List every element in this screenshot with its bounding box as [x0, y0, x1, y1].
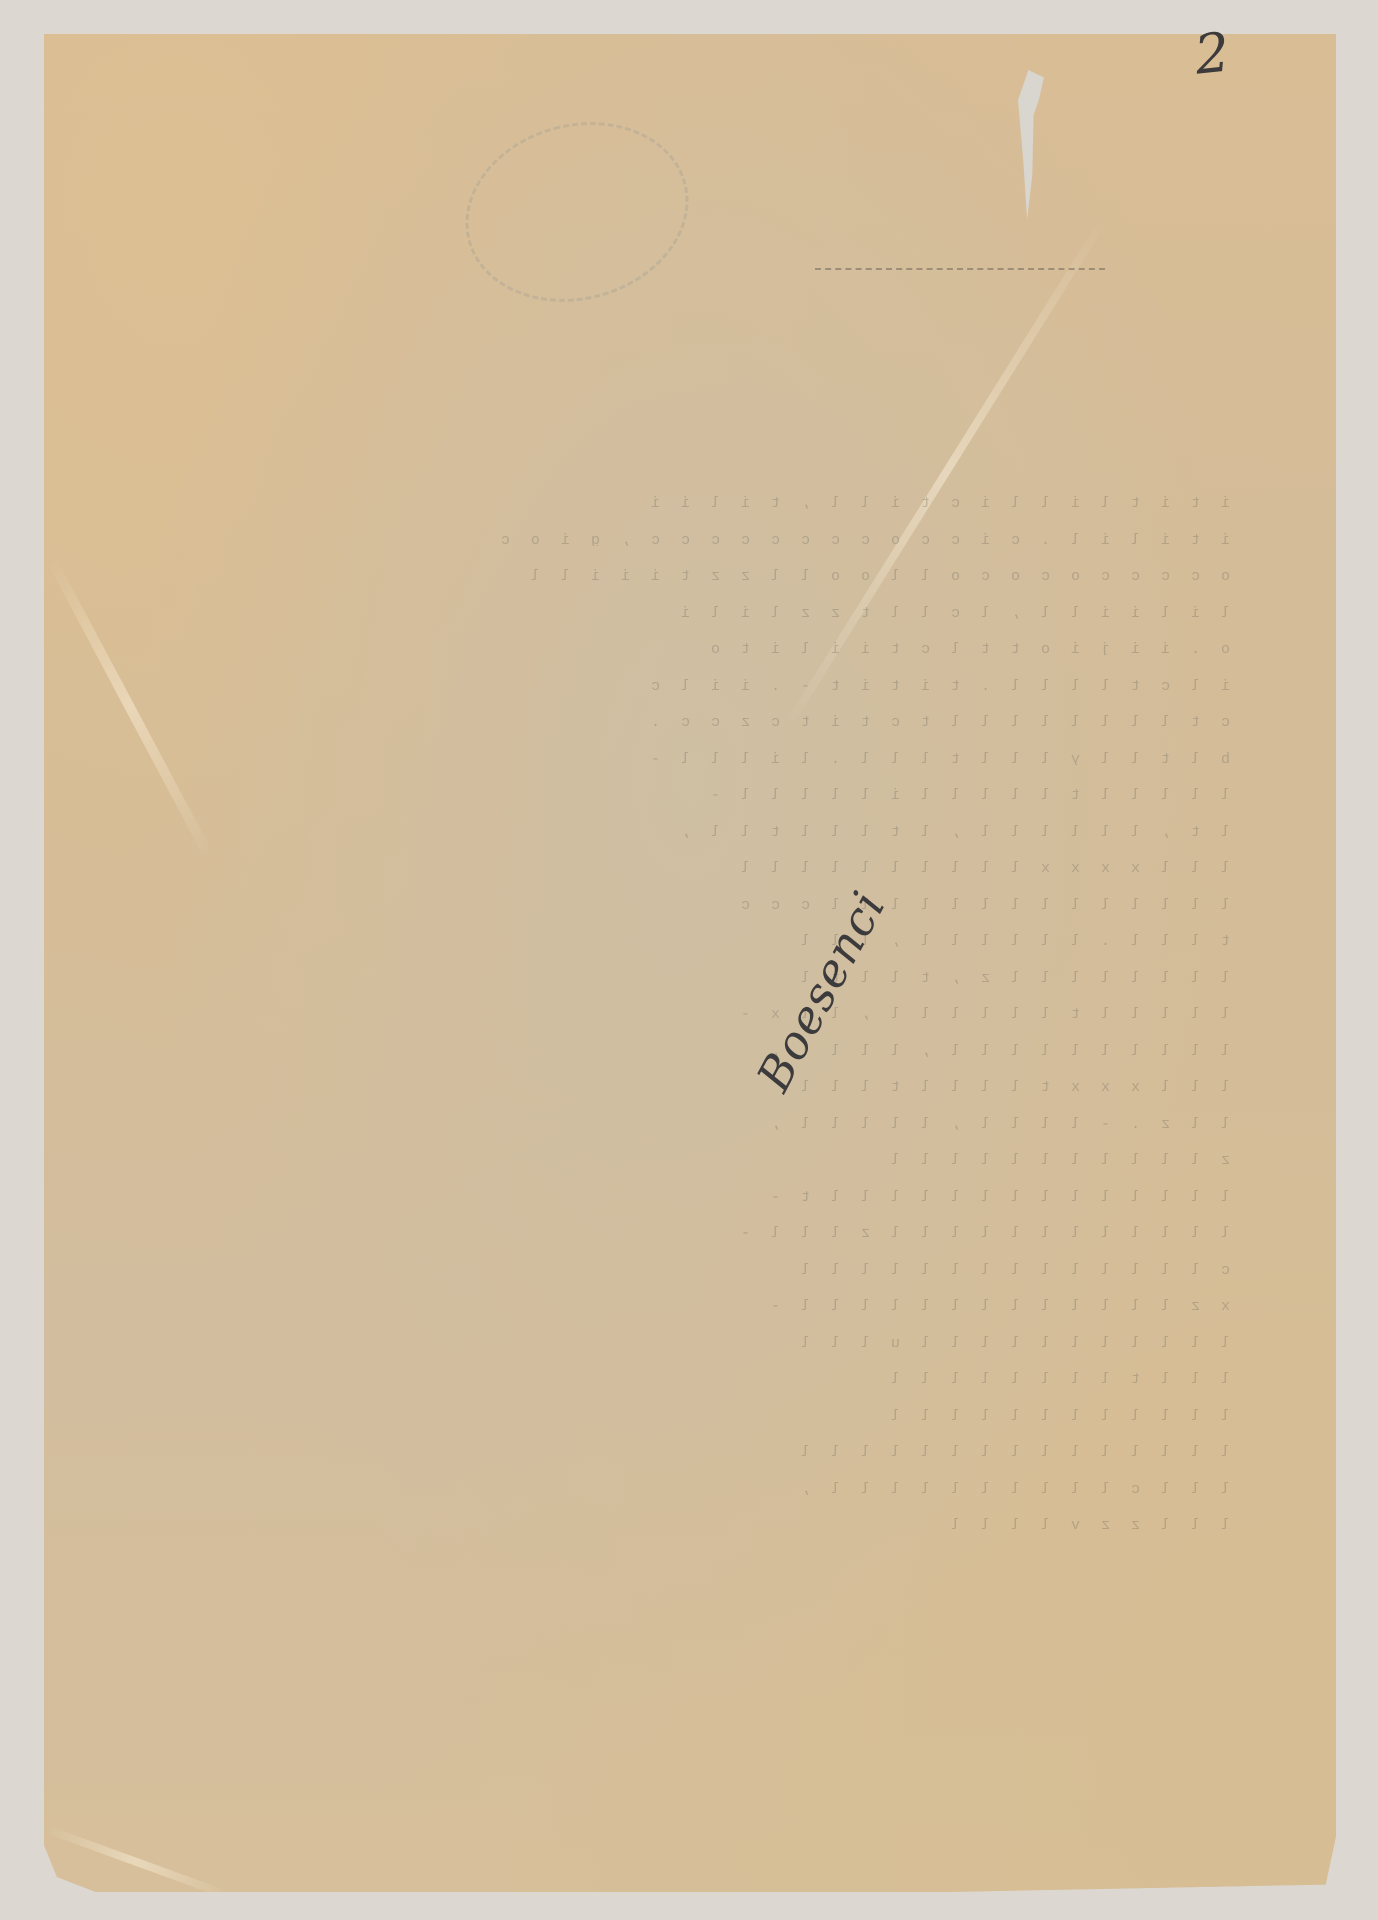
bleed-through-line: l l l l l t l l l l l i l l l l l - — [80, 787, 1230, 801]
bleed-through-line: b l t l l y l l l t l l l . l i l l l - — [80, 751, 1230, 765]
bleed-through-line: l i l i i l l , l c l l t z z l i l i — [80, 605, 1230, 619]
bleed-through-line: l l l c l l l l l l l l l l , — [80, 1481, 1230, 1495]
bleed-through-line: i l c t l l l l . t i t i t - . i i l c — [80, 678, 1230, 692]
bleed-through-line: c l l l l l l l l l l l l l l — [80, 1262, 1230, 1276]
bleed-through-line: o . i i j i o t t l c t i i l i t o — [80, 641, 1230, 655]
bleed-through-line: i t i l i l . c i c c o c c c c c c c c … — [80, 532, 1230, 546]
bleed-through-line: l l l l l l l l l l l l l l t - — [80, 1189, 1230, 1203]
faded-stamp — [445, 98, 709, 326]
bleed-through-line: l l l z z v l l l l — [80, 1517, 1230, 1531]
bleed-through-line: l l l l l l l l z , t l l t l — [80, 970, 1230, 984]
bleed-through-line: l l l l l l l l l l l l z l l l - — [80, 1225, 1230, 1239]
bleed-through-line: l l l l l t l l l l l l , l l x - — [80, 1006, 1230, 1020]
bleed-through-line: l l l l l l l l l l , l l l l , — [80, 1043, 1230, 1057]
bleed-through-line: l t , l l l l l l , l t l l l t l l , — [80, 824, 1230, 838]
bleed-through-line: l l l x x x x l l l l l l l l l l — [80, 860, 1230, 874]
bleed-through-line: t l l l . l l l l l l , l l l — [80, 933, 1230, 947]
bleed-through-line: l l l l l l l l l l l l — [80, 1408, 1230, 1422]
bleed-through-line: x z l l l l l l l l l l l l l - — [80, 1298, 1230, 1312]
header-underline — [815, 268, 1105, 270]
document-sheet — [44, 34, 1336, 1892]
bleed-through-line: l l l l l l l l l l l u l l l — [80, 1335, 1230, 1349]
bleed-through-line: l l z . - l l l l , l l l l l , — [80, 1116, 1230, 1130]
bleed-through-line: o c c c c o c o c o l l o o l l z z t i … — [80, 568, 1230, 582]
bleed-through-line: z l l l l l l l l l l l — [80, 1152, 1230, 1166]
paper-fold — [45, 554, 213, 859]
bleed-through-line: i t i t l i l l i c t i l l , t i l i i — [80, 495, 1230, 509]
bleed-through-line: l l l t l l l l l l l l — [80, 1371, 1230, 1385]
bleed-through-line: l l l l l l l l l l l l l l l — [80, 1444, 1230, 1458]
bleed-through-line: c t l l l l l l l l t c t i t c z c c . — [80, 714, 1230, 728]
bleed-through-line: l l l x x x t l l l l t l l l — [80, 1079, 1230, 1093]
handwritten-page-number: 2 — [1192, 20, 1233, 86]
bleed-through-line: l l l l l l l l l l l l l l c c c — [80, 897, 1230, 911]
